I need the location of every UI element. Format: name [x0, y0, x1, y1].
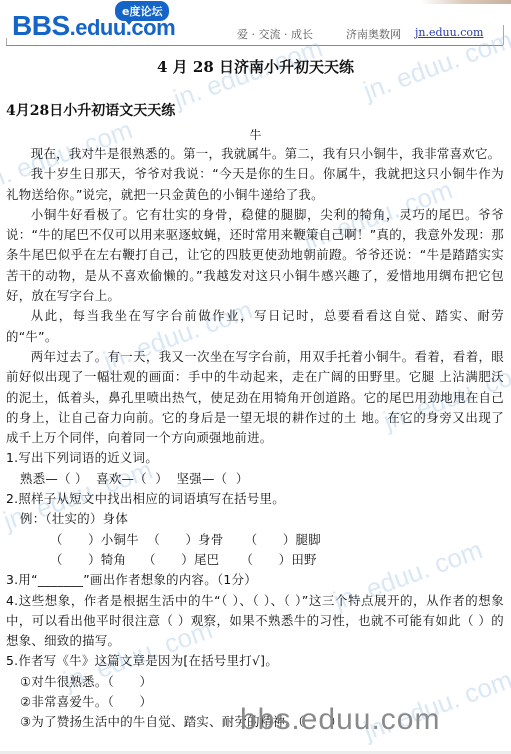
question-2-example: 例：（壮实的）身体	[6, 509, 504, 529]
site-header: BBS.eduu.com e度论坛 爱 · 交流 · 成长 济南奥数网 jn.e…	[0, 0, 511, 46]
header-divider	[6, 45, 503, 46]
site-slogan: 爱 · 交流 · 成长	[237, 26, 313, 42]
logo-badge: e度论坛	[115, 1, 169, 21]
question-3: 3.用“_______”画出作者想象的内容。（1分）	[6, 570, 504, 590]
essay-paragraph: 两年过去了。有一天，我又一次坐在写字台前，用双手托着小铜牛。看着，看着，眼前好似…	[6, 347, 504, 448]
page-title: 4 月 28 日济南小升初天天练	[0, 56, 511, 77]
question-2-row: （ ）犄角 （ ）尾巴 （ ）田野	[6, 550, 504, 570]
question-1: 1.写出下列词语的近义词。	[6, 448, 504, 468]
footer-watermark: bbs.eduu.com	[240, 703, 440, 737]
site-url-link[interactable]: jn.eduu.com	[415, 26, 483, 39]
essay-paragraph: 我十岁生日那天，爷爷对我说：“今天是你的生日。你属牛，我就把这只小铜牛作为礼物送…	[6, 164, 504, 205]
essay-paragraph: 从此，每当我坐在写字台前做作业，写日记时，总要看看这自觉、踏实、耐劳的“牛”。	[6, 306, 504, 347]
header-divider-right	[503, 25, 504, 45]
essay-paragraph: 小铜牛好看极了。它有壮实的身骨，稳健的腿脚，尖利的犄角，灵巧的尾巴。爷爷说：“牛…	[6, 205, 504, 306]
site-name: 济南奥数网	[346, 26, 401, 42]
question-2: 2.照样子从短文中找出相应的词语填写在括号里。	[6, 489, 504, 509]
section-title: 4月28日小升初语文天天练	[6, 100, 175, 120]
document-body: 现在，我对牛是很熟悉的。第一，我就属牛。第二，我有只小铜牛，我非常喜欢它。 我十…	[6, 144, 504, 733]
essay-paragraph: 现在，我对牛是很熟悉的。第一，我就属牛。第二，我有只小铜牛，我非常喜欢它。	[6, 144, 504, 164]
question-1-items: 熟悉—（ ） 喜欢—（ ） 坚强—（ ）	[6, 469, 504, 489]
question-4: 4.这些想象，作者是根据生活中的牛“（ ）、（ ）、（ ）”这三个特点展开的，从…	[6, 591, 504, 652]
essay-title: 牛	[0, 126, 511, 143]
question-2-row: （ ）小铜牛 （ ）身骨 （ ）腿脚	[6, 530, 504, 550]
question-5-option: ①对牛很熟悉。（ ）	[6, 672, 504, 692]
question-5: 5.作者写《牛》这篇文章是因为[在括号里打√]。	[6, 651, 504, 671]
